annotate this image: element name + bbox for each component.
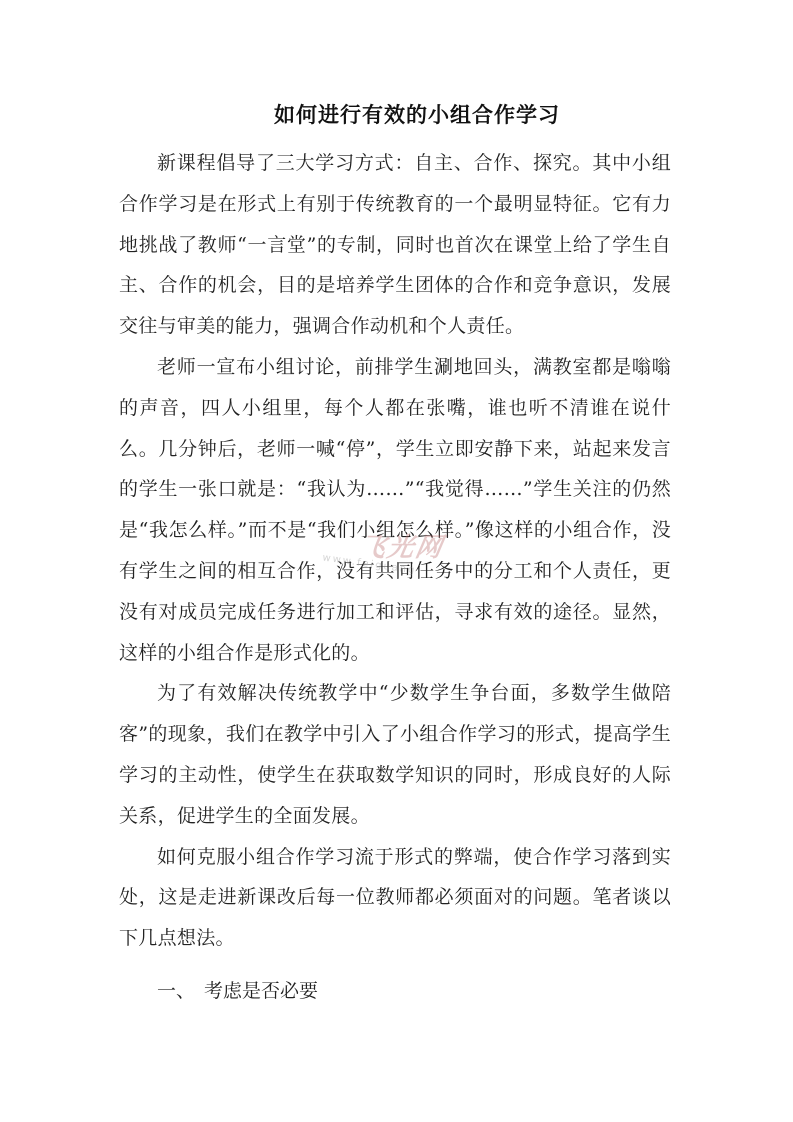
document-body: 新课程倡导了三大学习方式：自主、合作、探究。其中小组合作学习是在形式上有别于传统… — [119, 143, 671, 1012]
document-page: 如何进行有效的小组合作学习 新课程倡导了三大学习方式：自主、合作、探究。其中小组… — [0, 0, 793, 1122]
section-number: 一、 — [157, 971, 204, 1012]
section-title: 考虑是否必要 — [204, 971, 318, 1012]
document-title: 如何进行有效的小组合作学习 — [0, 100, 793, 130]
paragraph-question: 如何克服小组合作学习流于形式的弊端，使合作学习落到实处，这是走进新课改后每一位教… — [119, 837, 671, 959]
section-heading-1: 一、 考虑是否必要 — [119, 971, 671, 1012]
paragraph-problem: 老师一宣布小组讨论，前排学生涮地回头，满教室都是嗡嗡的声音，四人小组里，每个人都… — [119, 347, 671, 673]
paragraph-intro: 新课程倡导了三大学习方式：自主、合作、探究。其中小组合作学习是在形式上有别于传统… — [119, 143, 671, 347]
paragraph-purpose: 为了有效解决传统教学中“少数学生争台面，多数学生做陪客”的现象，我们在教学中引入… — [119, 673, 671, 836]
